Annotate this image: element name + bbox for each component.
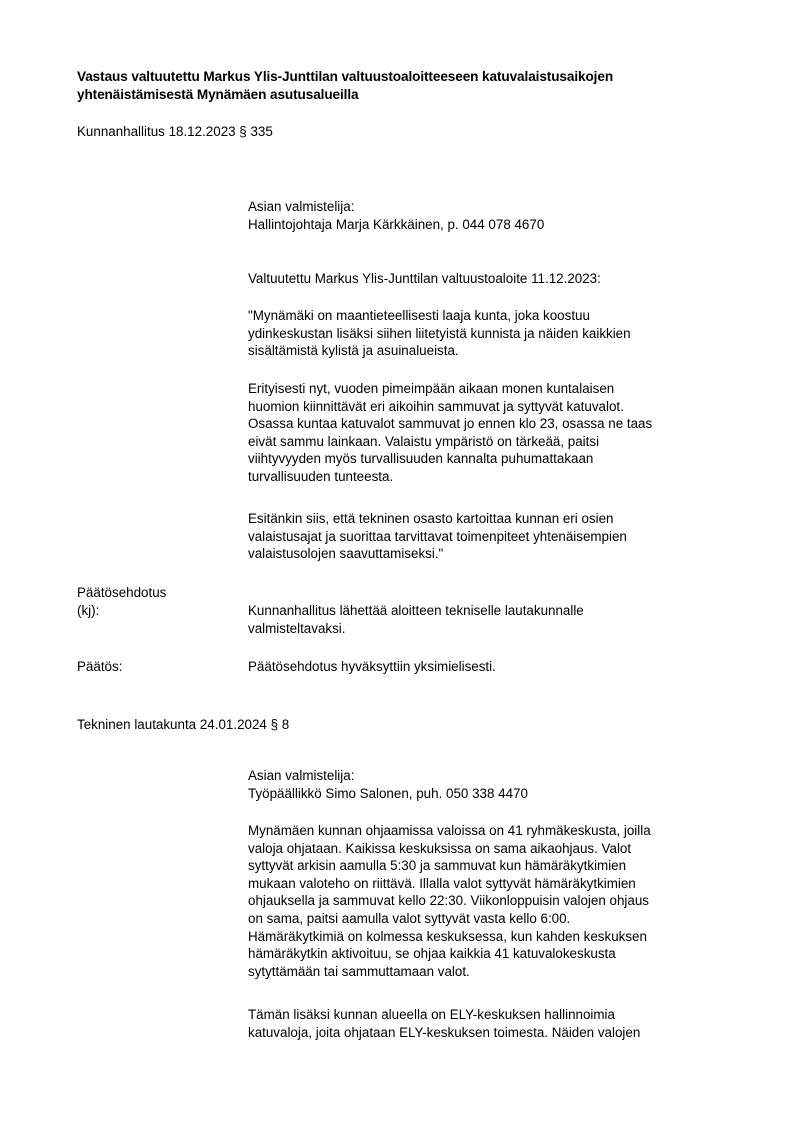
title-line: yhtenäistämisestä Mynämäen asutusalueill… <box>77 86 613 104</box>
preparer-label: Asian valmistelija: <box>248 767 528 785</box>
text-line: katuvaloja, joita ohjataan ELY-keskuksen… <box>248 1024 640 1042</box>
preparer-label: Asian valmistelija: <box>248 198 544 216</box>
text-line: "Mynämäki on maantieteellisesti laaja ku… <box>248 307 631 325</box>
text-line: Esitänkin siis, että tekninen osasto kar… <box>248 510 627 528</box>
text-line: Erityisesti nyt, vuoden pimeimpään aikaa… <box>248 380 652 398</box>
text-line: Tämän lisäksi kunnan alueella on ELY-kes… <box>248 1006 640 1024</box>
preparer-block-1: Asian valmistelija: Hallintojohtaja Marj… <box>248 198 544 233</box>
section-heading-kunnanhallitus: Kunnanhallitus 18.12.2023 § 335 <box>77 123 273 141</box>
text-line: Osassa kuntaa katuvalot sammuvat jo enne… <box>248 415 652 433</box>
text-line: turvallisuuden tunteesta. <box>248 468 652 486</box>
proposal-label-line: (kj): <box>77 602 166 620</box>
preparer-name: Työpäällikkö Simo Salonen, puh. 050 338 … <box>248 785 528 803</box>
title-line: Vastaus valtuutettu Markus Ylis-Junttila… <box>77 68 613 86</box>
text-line: sytyttämään tai sammuttamaan valot. <box>248 963 651 981</box>
document-page: Vastaus valtuutettu Markus Ylis-Junttila… <box>0 0 794 1122</box>
decision-text: Päätösehdotus hyväksyttiin yksimielisest… <box>248 658 496 676</box>
text-line: valmisteltavaksi. <box>248 620 584 638</box>
preparer-block-2: Asian valmistelija: Työpäällikkö Simo Sa… <box>248 767 528 802</box>
document-title: Vastaus valtuutettu Markus Ylis-Junttila… <box>77 68 613 104</box>
text-line: sisältämistä kylistä ja asuinalueista. <box>248 342 631 360</box>
text-line: valaistusolojen saavuttamiseksi." <box>248 545 627 563</box>
text-line: mukaan valoteho on riittävä. Illalla val… <box>248 875 651 893</box>
preparer-name: Hallintojohtaja Marja Kärkkäinen, p. 044… <box>248 216 544 234</box>
initiative-heading-text: Valtuutettu Markus Ylis-Junttilan valtuu… <box>248 270 601 288</box>
text-line: ydinkeskustan lisäksi siihen liitetyistä… <box>248 325 631 343</box>
text-line: viihtyvyyden myös turvallisuuden kannalt… <box>248 450 652 468</box>
initiative-paragraph-3: Esitänkin siis, että tekninen osasto kar… <box>248 510 627 563</box>
text-line: eivät sammu lainkaan. Valaistu ympäristö… <box>248 433 652 451</box>
response-paragraph-2: Tämän lisäksi kunnan alueella on ELY-kes… <box>248 1006 640 1041</box>
response-paragraph-1: Mynämäen kunnan ohjaamissa valoissa on 4… <box>248 822 651 980</box>
decision-value: Päätösehdotus hyväksyttiin yksimielisest… <box>248 658 496 676</box>
initiative-paragraph-2: Erityisesti nyt, vuoden pimeimpään aikaa… <box>248 380 652 486</box>
proposal-label: Päätösehdotus (kj): <box>77 584 166 619</box>
proposal-label-line: Päätösehdotus <box>77 584 166 602</box>
text-line: valoja ohjataan. Kaikissa keskuksissa on… <box>248 840 651 858</box>
initiative-paragraph-1: "Mynämäki on maantieteellisesti laaja ku… <box>248 307 631 360</box>
text-line: syttyvät arkisin aamulla 5:30 ja sammuva… <box>248 857 651 875</box>
text-line: huomion kiinnittävät eri aikoihin sammuv… <box>248 398 652 416</box>
proposal-text: Kunnanhallitus lähettää aloitteen teknis… <box>248 602 584 637</box>
text-line: Hämäräkytkimiä on kolmessa keskuksessa, … <box>248 928 651 946</box>
text-line: Mynämäen kunnan ohjaamissa valoissa on 4… <box>248 822 651 840</box>
initiative-heading: Valtuutettu Markus Ylis-Junttilan valtuu… <box>248 270 601 288</box>
text-line: hämäräkytkin aktivoituu, se ohjaa kaikki… <box>248 945 651 963</box>
text-line: Kunnanhallitus lähettää aloitteen teknis… <box>248 602 584 620</box>
section-heading-tekninen-lautakunta: Tekninen lautakunta 24.01.2024 § 8 <box>77 716 289 734</box>
text-line: ohjauksella ja sammuvat kello 22:30. Vii… <box>248 892 651 910</box>
text-line: on sama, paitsi aamulla valot syttyvät v… <box>248 910 651 928</box>
text-line: valaistusajat ja suorittaa tarvittavat t… <box>248 528 627 546</box>
decision-label: Päätös: <box>77 658 122 676</box>
